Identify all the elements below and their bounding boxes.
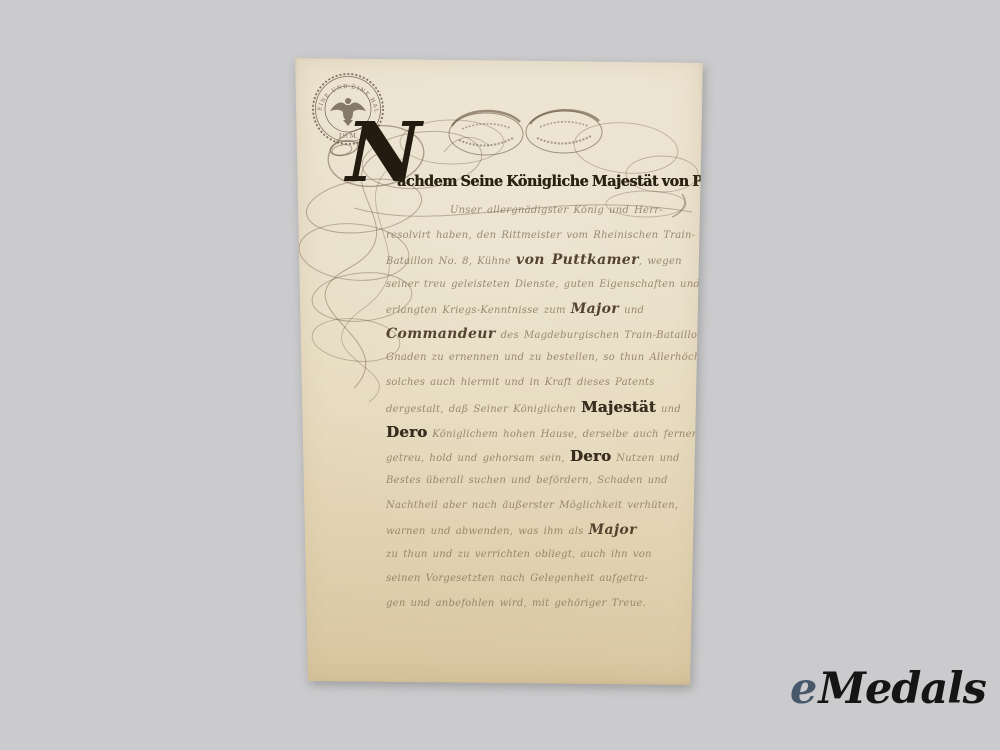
handwritten-line: zu thun und zu verrichten obliegt, auch … xyxy=(386,543,698,568)
product-photo: EINE UND EINE HALBE MARK 1½ M. N achdem … xyxy=(0,0,1000,750)
document-heading: achdem Seine Königliche Majestät von Pre… xyxy=(397,173,693,190)
handwriting-text: des Magdeburgischen Train-Bataillons No.… xyxy=(496,330,760,341)
emedals-logo-text: Medals xyxy=(818,664,985,714)
handwritten-line: Unser allergnädigster König und Herr- xyxy=(386,199,698,224)
emphasized-word: Commandeur xyxy=(386,326,496,342)
handwriting-text: und xyxy=(656,404,681,415)
handwriting-text: und xyxy=(619,305,644,316)
handwriting-text: Nachtheil aber nach äußerster Möglichkei… xyxy=(386,500,678,511)
handwriting-text: Gnaden zu ernennen und zu bestellen, so … xyxy=(386,352,768,363)
emphasized-word: Major xyxy=(589,522,637,538)
handwriting-text: seiner treu geleisteten Dienste, guten E… xyxy=(386,279,700,290)
handwritten-line: Gnaden zu ernennen und zu bestellen, so … xyxy=(386,346,698,371)
handwriting-text: warnen und abwenden, was ihm als xyxy=(386,526,589,537)
fraktur-word: Majestät xyxy=(581,398,656,416)
handwritten-line: getreu, hold und gehorsam sein, Dero Nut… xyxy=(386,444,698,469)
handwritten-line: Bestes überall suchen und befördern, Sch… xyxy=(386,469,698,494)
handwriting-text: Bataillon No. 8, Kühne xyxy=(386,256,516,267)
handwritten-line: seiner treu geleisteten Dienste, guten E… xyxy=(386,273,698,298)
handwritten-line: resolvirt haben, den Rittmeister vom Rhe… xyxy=(386,224,698,249)
fraktur-word: Dero xyxy=(386,423,427,441)
laurel-wreath-oval-1 xyxy=(449,111,523,155)
handwriting-text: solches auch hiermit und in Kraft dieses… xyxy=(386,377,655,388)
handwriting-text: erlangten Kriegs-Kenntnisse zum xyxy=(386,305,571,316)
handwriting-text: gen und anbefohlen wird, mit gehöriger T… xyxy=(386,598,646,609)
handwritten-line: seinen Vorgesetzten nach Gelegenheit auf… xyxy=(386,567,698,592)
handwriting-text: , wegen xyxy=(639,256,682,267)
handwriting-text: seinen Vorgesetzten nach Gelegenheit auf… xyxy=(386,573,648,584)
handwriting-text: resolvirt haben, den Rittmeister vom Rhe… xyxy=(386,230,695,241)
handwritten-line: erlangten Kriegs-Kenntnisse zum Major un… xyxy=(386,297,698,322)
handwriting-text: zu thun und zu verrichten obliegt, auch … xyxy=(386,549,652,560)
handwriting-text: Königlichem hohen Hause, derselbe auch f… xyxy=(427,429,697,440)
body-text: Unser allergnädigster König und Herr-res… xyxy=(386,199,698,616)
emphasized-word: Major xyxy=(571,301,619,317)
emphasized-word: von Puttkamer xyxy=(516,252,639,268)
handwritten-line: warnen und abwenden, was ihm als Major xyxy=(386,518,698,543)
handwriting-text: Bestes überall suchen und befördern, Sch… xyxy=(386,475,668,486)
emedals-logo-e: e xyxy=(790,664,816,714)
handwriting-text: getreu, hold und gehorsam sein, xyxy=(386,453,570,464)
handwritten-line: gen und anbefohlen wird, mit gehöriger T… xyxy=(386,592,698,617)
handwritten-line: Commandeur des Magdeburgischen Train-Bat… xyxy=(386,322,698,347)
paper-sheet: EINE UND EINE HALBE MARK 1½ M. N achdem … xyxy=(294,56,704,686)
handwritten-line: Bataillon No. 8, Kühne von Puttkamer, we… xyxy=(386,248,698,273)
handwritten-line: dergestalt, daß Seiner Königlichen Majes… xyxy=(386,395,698,420)
handwriting-text: dergestalt, daß Seiner Königlichen xyxy=(386,404,581,415)
handwritten-line: Dero Königlichem hohen Hause, derselbe a… xyxy=(386,420,698,445)
fraktur-word: Dero xyxy=(570,447,611,465)
emedals-logo: eMedals xyxy=(790,664,986,714)
laurel-wreath-oval-2 xyxy=(526,110,602,153)
handwriting-text: Nutzen und xyxy=(611,453,679,464)
document-page: EINE UND EINE HALBE MARK 1½ M. N achdem … xyxy=(294,56,704,686)
handwritten-line: solches auch hiermit und in Kraft dieses… xyxy=(386,371,698,396)
handwriting-text: Unser allergnädigster König und Herr- xyxy=(450,205,663,216)
handwritten-line: Nachtheil aber nach äußerster Möglichkei… xyxy=(386,494,698,519)
